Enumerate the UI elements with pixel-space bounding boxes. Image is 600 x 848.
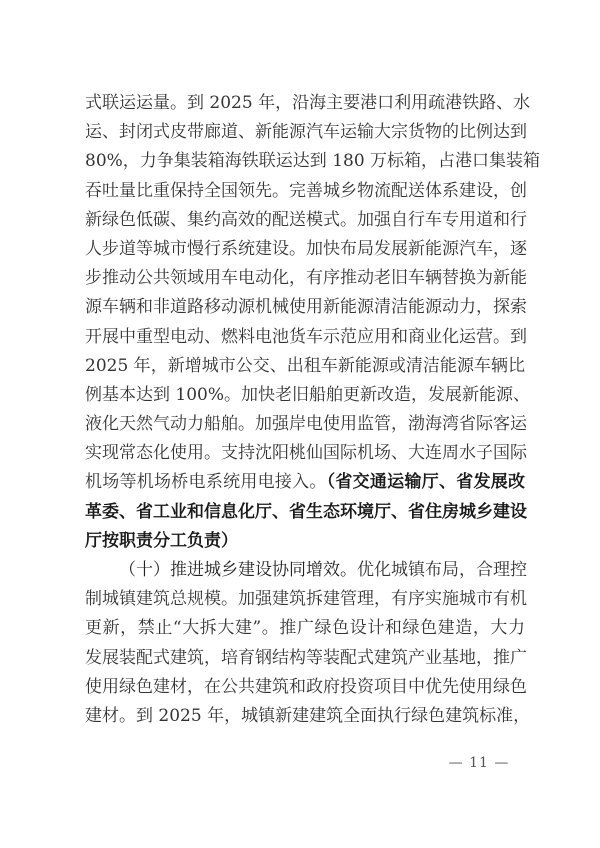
text-segment: 优化城镇布局，合理控 [357, 560, 527, 580]
text-line: 式联运运量。到 2025 年，沿海主要港口利用疏港铁路、水 [85, 89, 525, 118]
section-heading: （十）推进城乡建设协同增效。 [119, 560, 357, 580]
text-line: 人步道等城市慢行系统建设。加快布局发展新能源汽车，逐 [85, 235, 525, 264]
text-line: 实现常态化使用。支持沈阳桃仙国际机场、大连周水子国际 [85, 439, 525, 468]
text-line: 源车辆和非道路移动源机械使用新能源清洁能源动力，探索 [85, 293, 525, 322]
text-line: 80%，力争集装箱海铁联运达到 180 万标箱，占港口集装箱 [85, 147, 525, 176]
text-line: 开展中重型电动、燃料电池货车示范应用和商业化运营。到 [85, 323, 525, 352]
text-line: 新绿色低碳、集约高效的配送模式。加强自行车专用道和行 [85, 206, 525, 235]
text-line: 建材。到 2025 年，城镇新建建筑全面执行绿色建筑标准， [85, 702, 525, 731]
body-text: 式联运运量。到 2025 年，沿海主要港口利用疏港铁路、水 运、封闭式皮带廊道、… [85, 89, 525, 731]
text-line: 吞吐量比重保持全国领先。完善城乡物流配送体系建设，创 [85, 177, 525, 206]
text-line: 液化天然气动力船舶。加强岸电使用监管，渤海湾省际客运 [85, 410, 525, 439]
responsible-departments-line: 革委、省工业和信息化厅、省生态环境厅、省住房城乡建设 [85, 498, 525, 527]
text-line: 制城镇建筑总规模。加强建筑拆建管理，有序实施城市有机 [85, 585, 525, 614]
text-line: 使用绿色建材，在公共建筑和政府投资项目中优先使用绿色 [85, 673, 525, 702]
section-heading-line: （十）推进城乡建设协同增效。优化城镇布局，合理控 [85, 556, 525, 585]
responsible-departments-line: 厅按职责分工负责） [85, 527, 525, 556]
text-line-mixed: 机场等机场桥电系统用电接入。（省交通运输厅、省发展改 [85, 468, 525, 497]
text-line: 2025 年，新增城市公交、出租车新能源或清洁能源车辆比 [85, 352, 525, 381]
normal-text: 机场等机场桥电系统用电接入。 [85, 472, 327, 492]
text-line: 例基本达到 100%。加快老旧船舶更新改造，发展新能源、 [85, 381, 525, 410]
page-number: — 11 — [444, 753, 514, 773]
document-page: 式联运运量。到 2025 年，沿海主要港口利用疏港铁路、水 运、封闭式皮带廊道、… [0, 0, 600, 848]
text-line: 步推动公共领域用车电动化，有序推动老旧车辆替换为新能 [85, 264, 525, 293]
text-line: 运、封闭式皮带廊道、新能源汽车运输大宗货物的比例达到 [85, 118, 525, 147]
text-line: 发展装配式建筑，培育钢结构等装配式建筑产业基地，推广 [85, 644, 525, 673]
responsible-departments: （省交通运输厅、省发展改 [327, 472, 525, 492]
text-line: 更新，禁止“大拆大建”。推广绿色设计和绿色建造，大力 [85, 614, 525, 643]
